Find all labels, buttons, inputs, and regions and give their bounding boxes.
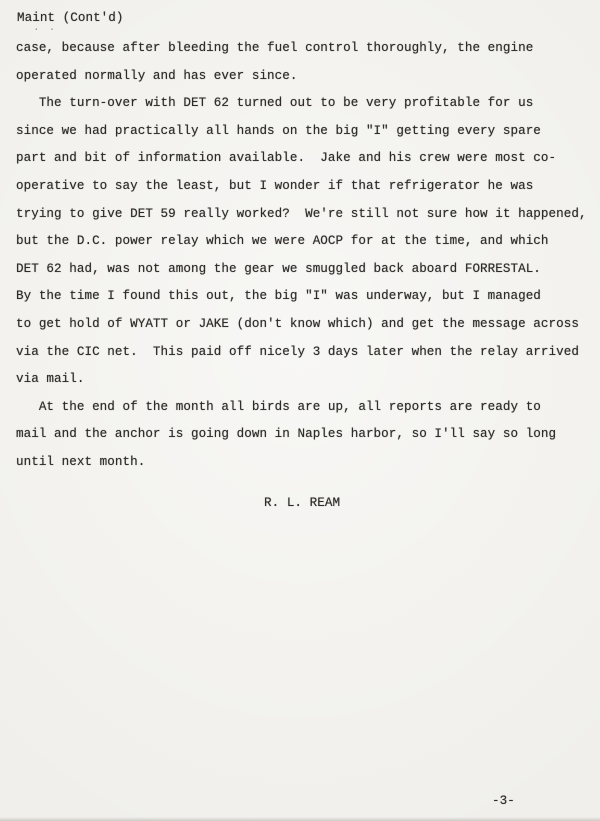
typed-line: operated normally and has ever since. xyxy=(16,63,592,91)
signature-name: R. L. REAM xyxy=(264,496,340,511)
typed-line: via the CIC net. This paid off nicely 3 … xyxy=(16,339,592,367)
typed-line: At the end of the month all birds are up… xyxy=(16,394,592,422)
typed-line: The turn-over with DET 62 turned out to … xyxy=(16,90,592,118)
typed-line: until next month. xyxy=(16,449,592,477)
typed-line: via mail. xyxy=(16,366,592,394)
typed-line: DET 62 had, was not among the gear we sm… xyxy=(16,256,592,284)
typed-line: By the time I found this out, the big "I… xyxy=(16,283,592,311)
typed-line: since we had practically all hands on th… xyxy=(16,118,592,146)
typed-line: but the D.C. power relay which we were A… xyxy=(16,228,592,256)
typed-line: to get hold of WYATT or JAKE (don't know… xyxy=(16,311,592,339)
typed-body-text: case, because after bleeding the fuel co… xyxy=(16,35,592,477)
typed-line: case, because after bleeding the fuel co… xyxy=(16,35,592,63)
typed-line: operative to say the least, but I wonder… xyxy=(16,173,592,201)
typed-line: trying to give DET 59 really worked? We'… xyxy=(16,201,592,229)
scan-smudge-mark: .. xyxy=(33,22,64,34)
typed-line: part and bit of information available. J… xyxy=(16,145,592,173)
page-number: -3- xyxy=(492,794,515,809)
scanned-typewritten-page: { "document": { "header": "Maint (Cont'd… xyxy=(0,0,600,821)
typed-line: mail and the anchor is going down in Nap… xyxy=(16,421,592,449)
scan-bottom-edge-shadow xyxy=(0,817,600,821)
